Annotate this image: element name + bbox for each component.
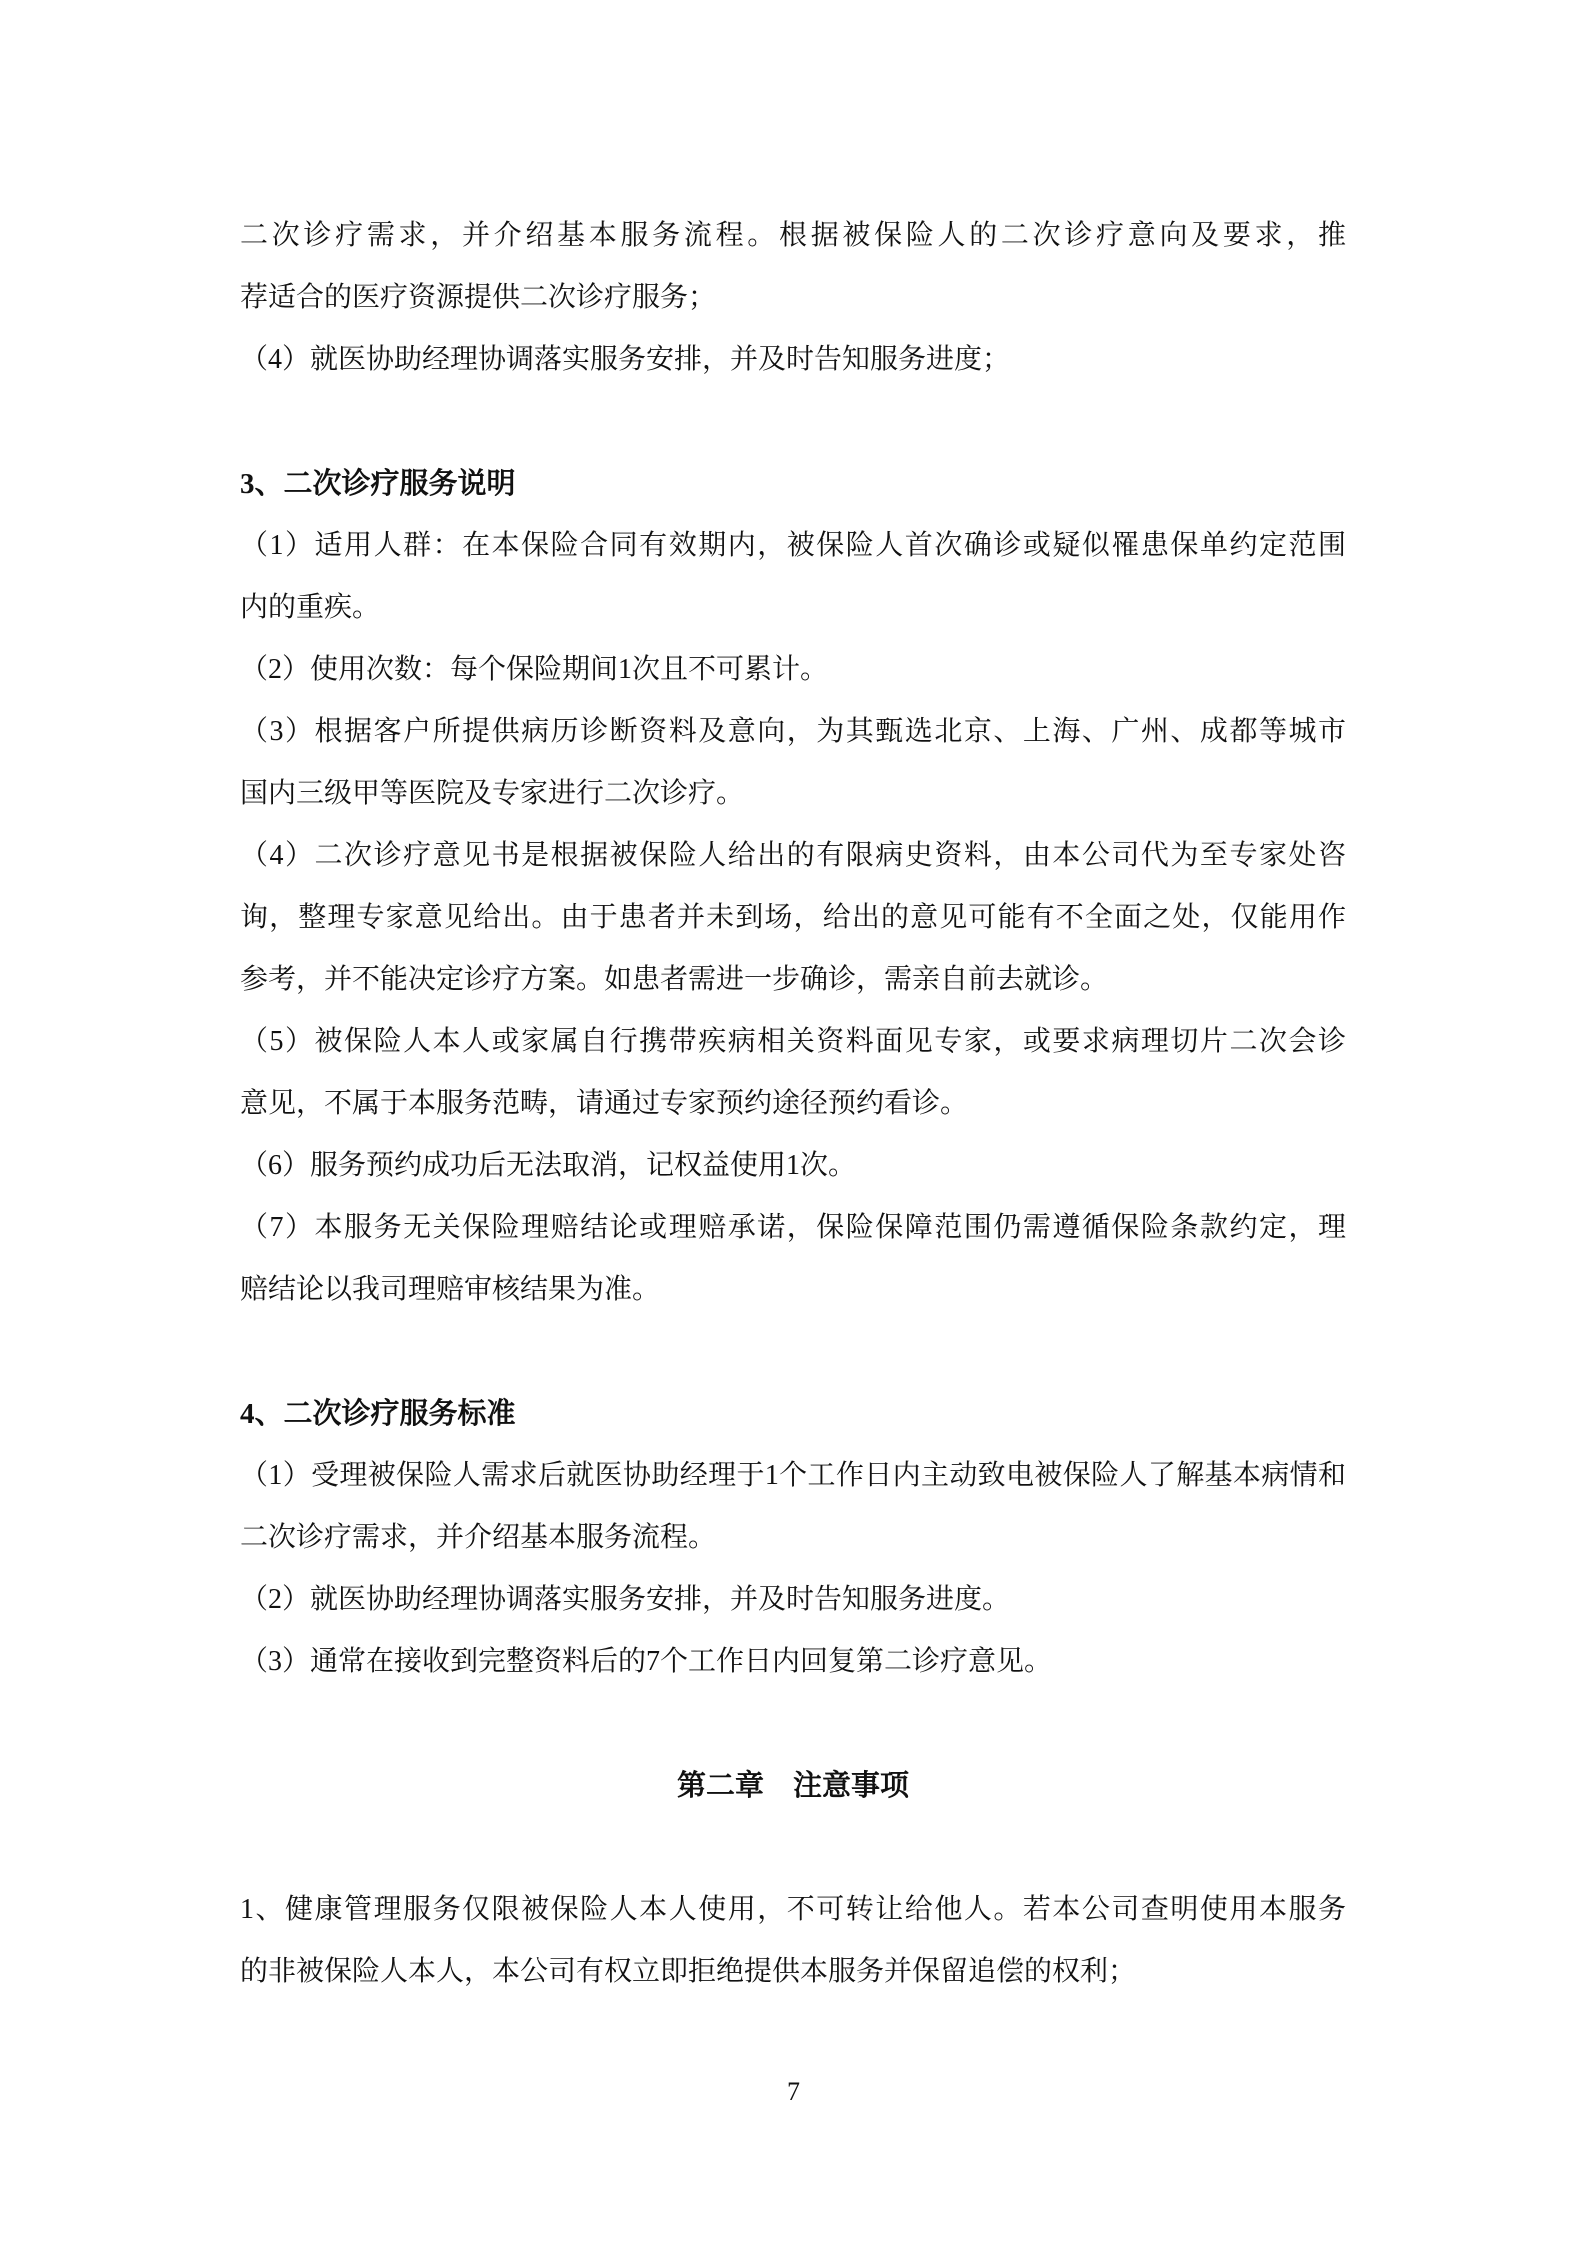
blank-line [240,1693,1346,1755]
text-line: 意见，不属于本服务范畴，请通过专家预约途径预约看诊。 [240,1073,1346,1135]
page-number: 7 [0,2072,1587,2112]
text-line: 参考，并不能决定诊疗方案。如患者需进一步确诊，需亲自前去就诊。 [240,949,1346,1011]
text-line: （1）适用人群：在本保险合同有效期内，被保险人首次确诊或疑似罹患保单约定范围 [240,515,1346,577]
text-line: （4）二次诊疗意见书是根据被保险人给出的有限病史资料，由本公司代为至专家处咨 [240,825,1346,887]
section-heading: 3、二次诊疗服务说明 [240,453,1346,515]
section-heading: 4、二次诊疗服务标准 [240,1383,1346,1445]
text-line: （7）本服务无关保险理赔结论或理赔承诺，保险保障范围仍需遵循保险条款约定，理 [240,1197,1346,1259]
text-line: （2）就医协助经理协调落实服务安排，并及时告知服务进度。 [240,1569,1346,1631]
text-line: （2）使用次数：每个保险期间1次且不可累计。 [240,639,1346,701]
blank-line [240,1321,1346,1383]
text-line: （6）服务预约成功后无法取消，记权益使用1次。 [240,1135,1346,1197]
text-line: （3）通常在接收到完整资料后的7个工作日内回复第二诊疗意见。 [240,1631,1346,1693]
text-line: 1、健康管理服务仅限被保险人本人使用，不可转让给他人。若本公司查明使用本服务 [240,1879,1346,1941]
blank-line [240,391,1346,453]
text-line: 二次诊疗需求，并介绍基本服务流程。 [240,1507,1346,1569]
text-line: 内的重疾。 [240,577,1346,639]
text-line: 的非被保险人本人，本公司有权立即拒绝提供本服务并保留追偿的权利； [240,1941,1346,2003]
text-line: 国内三级甲等医院及专家进行二次诊疗。 [240,763,1346,825]
text-line: 赔结论以我司理赔审核结果为准。 [240,1259,1346,1321]
text-line: （3）根据客户所提供病历诊断资料及意向，为其甄选北京、上海、广州、成都等城市 [240,701,1346,763]
text-line: （5）被保险人本人或家属自行携带疾病相关资料面见专家，或要求病理切片二次会诊 [240,1011,1346,1073]
text-line: 二次诊疗需求，并介绍基本服务流程。根据被保险人的二次诊疗意向及要求，推 [240,205,1346,267]
document-body: 二次诊疗需求，并介绍基本服务流程。根据被保险人的二次诊疗意向及要求，推荐适合的医… [240,205,1346,2003]
chapter-heading: 第二章 注意事项 [240,1755,1346,1817]
text-line: 荐适合的医疗资源提供二次诊疗服务； [240,267,1346,329]
text-line: （1）受理被保险人需求后就医协助经理于1个工作日内主动致电被保险人了解基本病情和 [240,1445,1346,1507]
document-page: 二次诊疗需求，并介绍基本服务流程。根据被保险人的二次诊疗意向及要求，推荐适合的医… [0,0,1587,2245]
text-line: 询，整理专家意见给出。由于患者并未到场，给出的意见可能有不全面之处，仅能用作 [240,887,1346,949]
blank-line [240,1817,1346,1879]
text-line: （4）就医协助经理协调落实服务安排，并及时告知服务进度； [240,329,1346,391]
